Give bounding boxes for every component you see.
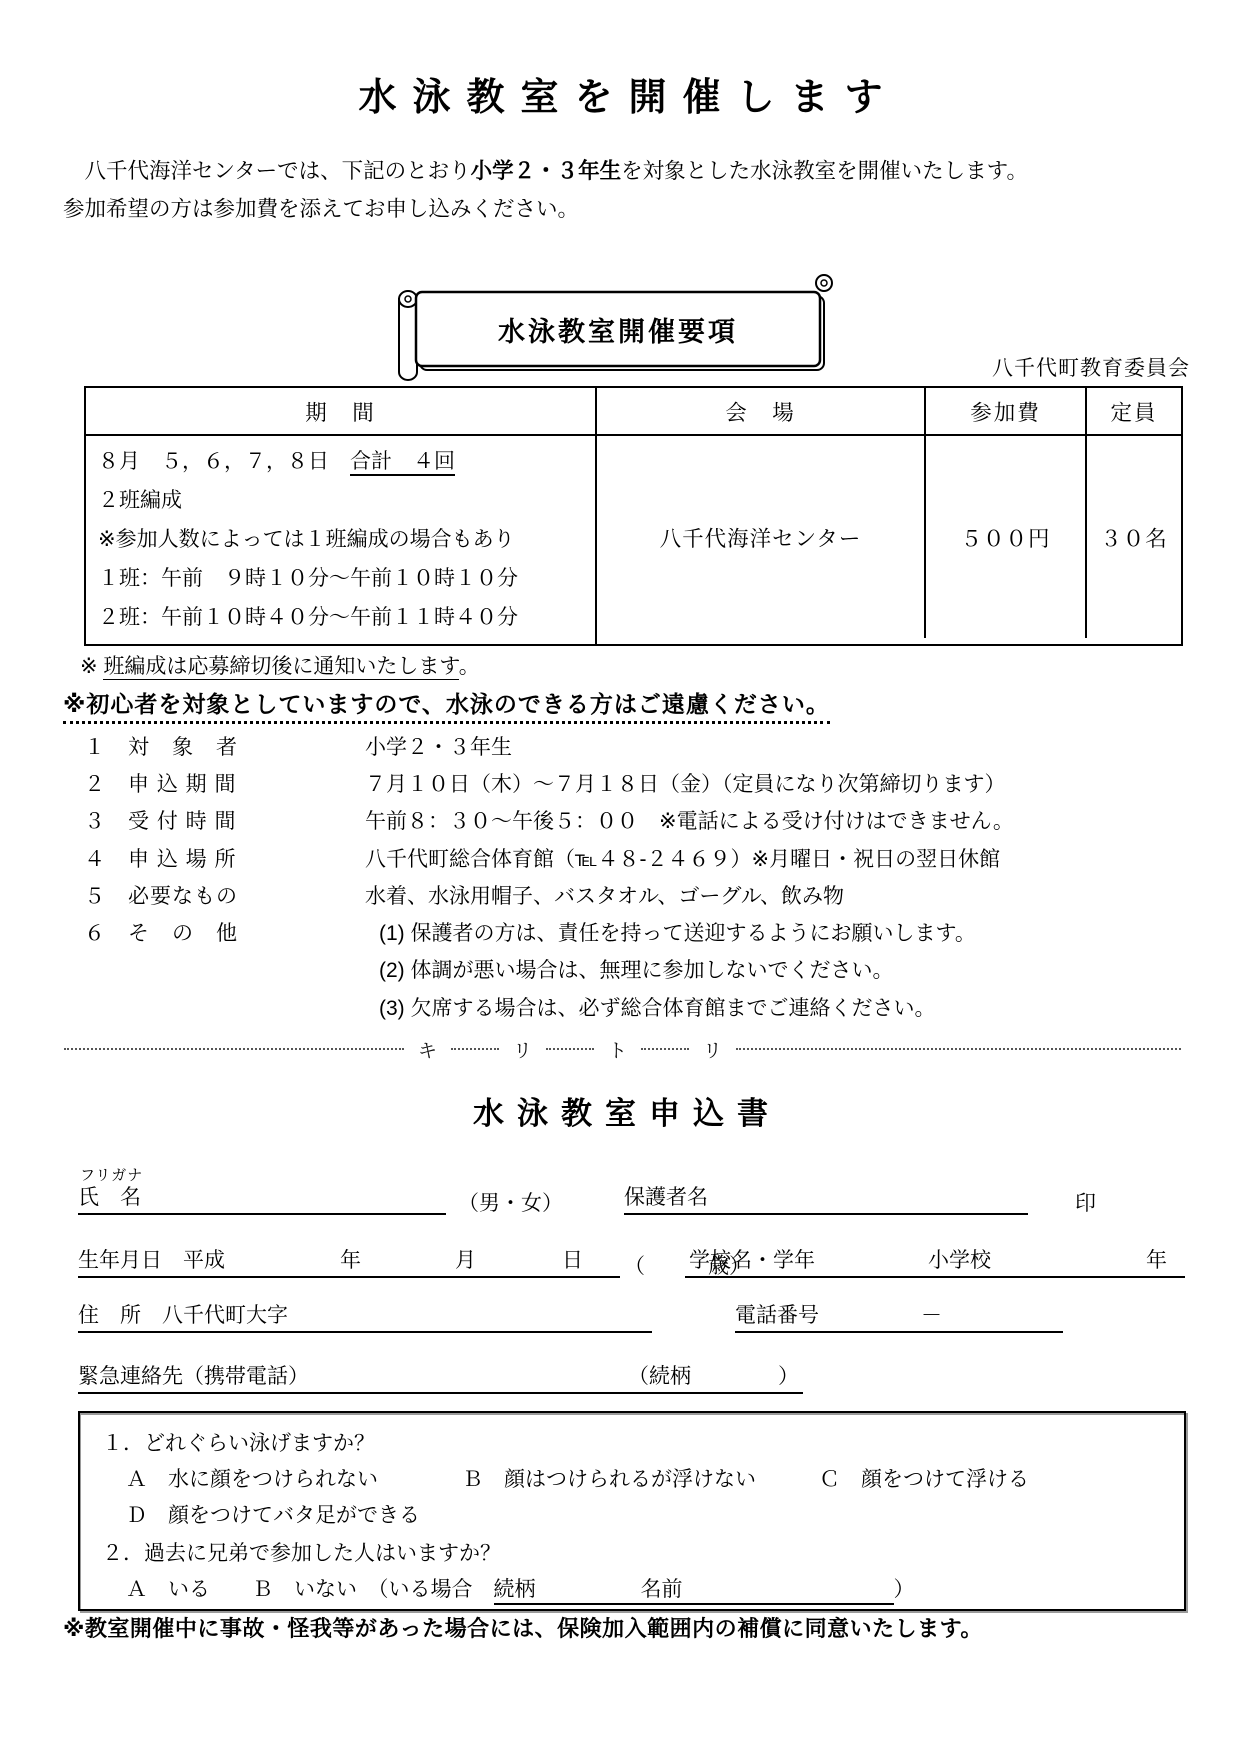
item-label: 申 込 場 所: [128, 843, 365, 873]
period-dates: ８月 ５，６，７，８日: [98, 450, 350, 473]
item-label: 対 象 者: [128, 731, 365, 761]
list-item: １ 対 象 者 小学２・３年生: [84, 727, 1189, 764]
guardian-field[interactable]: 保護者名: [624, 1183, 1028, 1215]
cut-dash: [64, 1048, 404, 1050]
school-year-label: 年: [1146, 1244, 1167, 1274]
note-underlined-text: 班編成は応募締切後に通知いたします: [103, 655, 458, 680]
phone-field[interactable]: 電話番号 －: [735, 1301, 1063, 1333]
intro-line2: 参加希望の方は参加費を添えてお申し込みください。: [63, 197, 579, 221]
form-title: 水泳教室申込書: [0, 1088, 1241, 1133]
gender-label: （男・女）: [458, 1187, 563, 1217]
intro-line1-pre: 八千代海洋センターでは、下記のとおり: [63, 159, 471, 183]
banner-title: 水泳教室開催要項: [416, 292, 820, 366]
cut-dash: [546, 1048, 594, 1050]
note-marker: ※: [80, 655, 103, 678]
table-header-capacity: 定員: [1087, 388, 1181, 436]
details-list: １ 対 象 者 小学２・３年生 ２ 申 込 期 間 ７月１０日（木）～７月１８日…: [84, 727, 1189, 1025]
table-header-period: 期 間: [86, 388, 597, 436]
cut-dash: [451, 1048, 499, 1050]
phone-label: 電話番号: [735, 1299, 819, 1329]
question-2-close: ）: [894, 1578, 915, 1601]
seal-label: 印: [1075, 1187, 1096, 1217]
birth-month-label: 月: [455, 1244, 476, 1274]
emergency-label: 緊急連絡先（携帯電話）: [78, 1360, 309, 1390]
list-item: ６ そ の 他 (1) 保護者の方は、責任を持って送迎するようにお願いします。: [84, 913, 1189, 950]
other-item-2: (2) 体調が悪い場合は、無理に参加しないでください。: [379, 951, 1189, 988]
question-1-options-abc: Ａ 水に顔をつけられない Ｂ 顔はつけられるが浮けない Ｃ 顔をつけて浮ける: [126, 1463, 1029, 1493]
emergency-contact-field[interactable]: 緊急連絡先（携帯電話） （続柄 ）: [78, 1362, 803, 1394]
item-value: 午前８：３０～午後５：００ ※電話による受け付けはできません。: [365, 805, 1014, 835]
questions-box: １．どれぐらい泳げますか？ Ａ 水に顔をつけられない Ｂ 顔はつけられるが浮けな…: [78, 1411, 1186, 1611]
birth-year-label: 年: [340, 1244, 361, 1274]
phone-dash: －: [921, 1299, 942, 1329]
cut-dash: [641, 1048, 689, 1050]
table-header-venue: 会 場: [597, 388, 926, 436]
table-header-fee: 参加費: [926, 388, 1087, 436]
list-item: ４ 申 込 場 所 八千代町総合体育館（℡４８-２４６９）※月曜日・祝日の翌日休…: [84, 839, 1189, 876]
cut-dash: [736, 1048, 1181, 1050]
guardian-label: 保護者名: [624, 1181, 708, 1211]
question-2: ２．過去に兄弟で参加した人はいますか？: [102, 1537, 501, 1567]
item-label: そ の 他: [128, 917, 365, 947]
item-value: 八千代町総合体育館（℡４８-２４６９）※月曜日・祝日の翌日休館: [365, 843, 1000, 873]
cut-line: キ リ ト リ: [64, 1040, 1181, 1058]
birth-label: 生年月日 平成: [78, 1244, 225, 1274]
other-item-3: (3) 欠席する場合は、必ず総合体育館までご連絡ください。: [379, 988, 1189, 1025]
period-note: ※参加人数によっては１班編成の場合もあり: [98, 528, 515, 551]
schedule-table: 期 間 会 場 参加費 定員 ８月 ５，６，７，８日 合計 ４回２班編成※参加人…: [84, 386, 1183, 646]
item-number: ５: [84, 880, 128, 910]
school-field[interactable]: 学校名・学年 小学校 年: [685, 1246, 1185, 1278]
question-1: １．どれぐらい泳げますか？: [102, 1427, 375, 1457]
item-value: ７月１０日（木）～７月１８日（金）（定員になり次第締切ります）: [365, 768, 1006, 798]
relation-close-label: ）: [778, 1360, 799, 1390]
intro-line1-bold: 小学２・３年生: [471, 159, 622, 183]
sibling-name-field[interactable]: 続柄 名前: [494, 1573, 894, 1605]
item-number: ３: [84, 805, 128, 835]
table-cell-venue: 八千代海洋センター: [597, 436, 926, 638]
school-suffix: 小学校: [928, 1244, 991, 1274]
list-item: ２ 申 込 期 間 ７月１０日（木）～７月１８日（金）（定員になり次第締切ります…: [84, 764, 1189, 801]
committee-label: 八千代町教育委員会: [992, 352, 1190, 382]
table-cell-capacity: ３０名: [1087, 436, 1181, 638]
question-2-options: Ａ いる Ｂ いない （いる場合 続柄 名前）: [126, 1573, 915, 1605]
question-1-option-d: Ｄ 顔をつけてバタ足ができる: [126, 1499, 420, 1529]
item-value: 水着、水泳用帽子、バスタオル、ゴーグル、飲み物: [365, 880, 844, 910]
list-item: ３ 受 付 時 間 午前８：３０～午後５：００ ※電話による受け付けはできません…: [84, 802, 1189, 839]
name-label: 氏 名: [78, 1181, 141, 1211]
item-number: １: [84, 731, 128, 761]
period-group2-time: ２班：午前１０時４０分～午前１１時４０分: [98, 606, 518, 629]
item-label: 必要なもの: [128, 880, 365, 910]
cut-char: キ: [418, 1036, 437, 1063]
school-label: 学校名・学年: [689, 1244, 815, 1274]
item-label: 受 付 時 間: [128, 805, 365, 835]
name-field[interactable]: 氏 名: [78, 1183, 446, 1215]
birth-day-label: 日: [562, 1244, 583, 1274]
cut-char: リ: [513, 1036, 532, 1063]
question-2-options-pre: Ａ いる Ｂ いない （いる場合: [126, 1578, 494, 1601]
period-group1-time: １班：午前 ９時１０分～午前１０時１０分: [98, 567, 518, 590]
table-cell-period: ８月 ５，６，７，８日 合計 ４回２班編成※参加人数によっては１班編成の場合もあ…: [86, 436, 597, 644]
item-value: (1) 保護者の方は、責任を持って送迎するようにお願いします。: [365, 917, 976, 947]
item-number: ２: [84, 768, 128, 798]
intro-paragraph: 八千代海洋センターでは、下記のとおり小学２・３年生を対象とした水泳教室を開催いた…: [63, 152, 1188, 228]
item-label: 申 込 期 間: [128, 768, 365, 798]
beginner-note: ※初心者を対象としていますので、水泳のできる方はご遠慮ください。: [63, 686, 830, 724]
period-total: 合計 ４回: [350, 450, 455, 476]
cut-char: リ: [703, 1036, 722, 1063]
address-field[interactable]: 住 所 八千代町大字: [78, 1301, 652, 1333]
birthdate-field[interactable]: 生年月日 平成 年 月 日: [78, 1246, 620, 1278]
item-value: 小学２・３年生: [365, 731, 512, 761]
item-number: ６: [84, 917, 128, 947]
note-period: 。: [459, 655, 480, 678]
period-groups: ２班編成: [98, 489, 182, 512]
list-item: ５ 必要なもの 水着、水泳用帽子、バスタオル、ゴーグル、飲み物: [84, 876, 1189, 913]
table-cell-fee: ５００円: [926, 436, 1087, 638]
document-page: 水泳教室を開催します 八千代海洋センターでは、下記のとおり小学２・３年生を対象と…: [0, 0, 1241, 1755]
insurance-note: ※教室開催中に事故・怪我等があった場合には、保険加入範囲内の補償に同意いたします…: [63, 1612, 983, 1643]
group-note: ※ 班編成は応募締切後に通知いたします。: [80, 650, 480, 680]
address-label: 住 所 八千代町大字: [78, 1299, 288, 1329]
cut-char: ト: [608, 1036, 627, 1063]
relation-open-label: （続柄: [628, 1360, 691, 1390]
item-number: ４: [84, 843, 128, 873]
intro-line1-post: を対象とした水泳教室を開催いたします。: [621, 159, 1028, 183]
page-title: 水泳教室を開催します: [0, 66, 1241, 121]
